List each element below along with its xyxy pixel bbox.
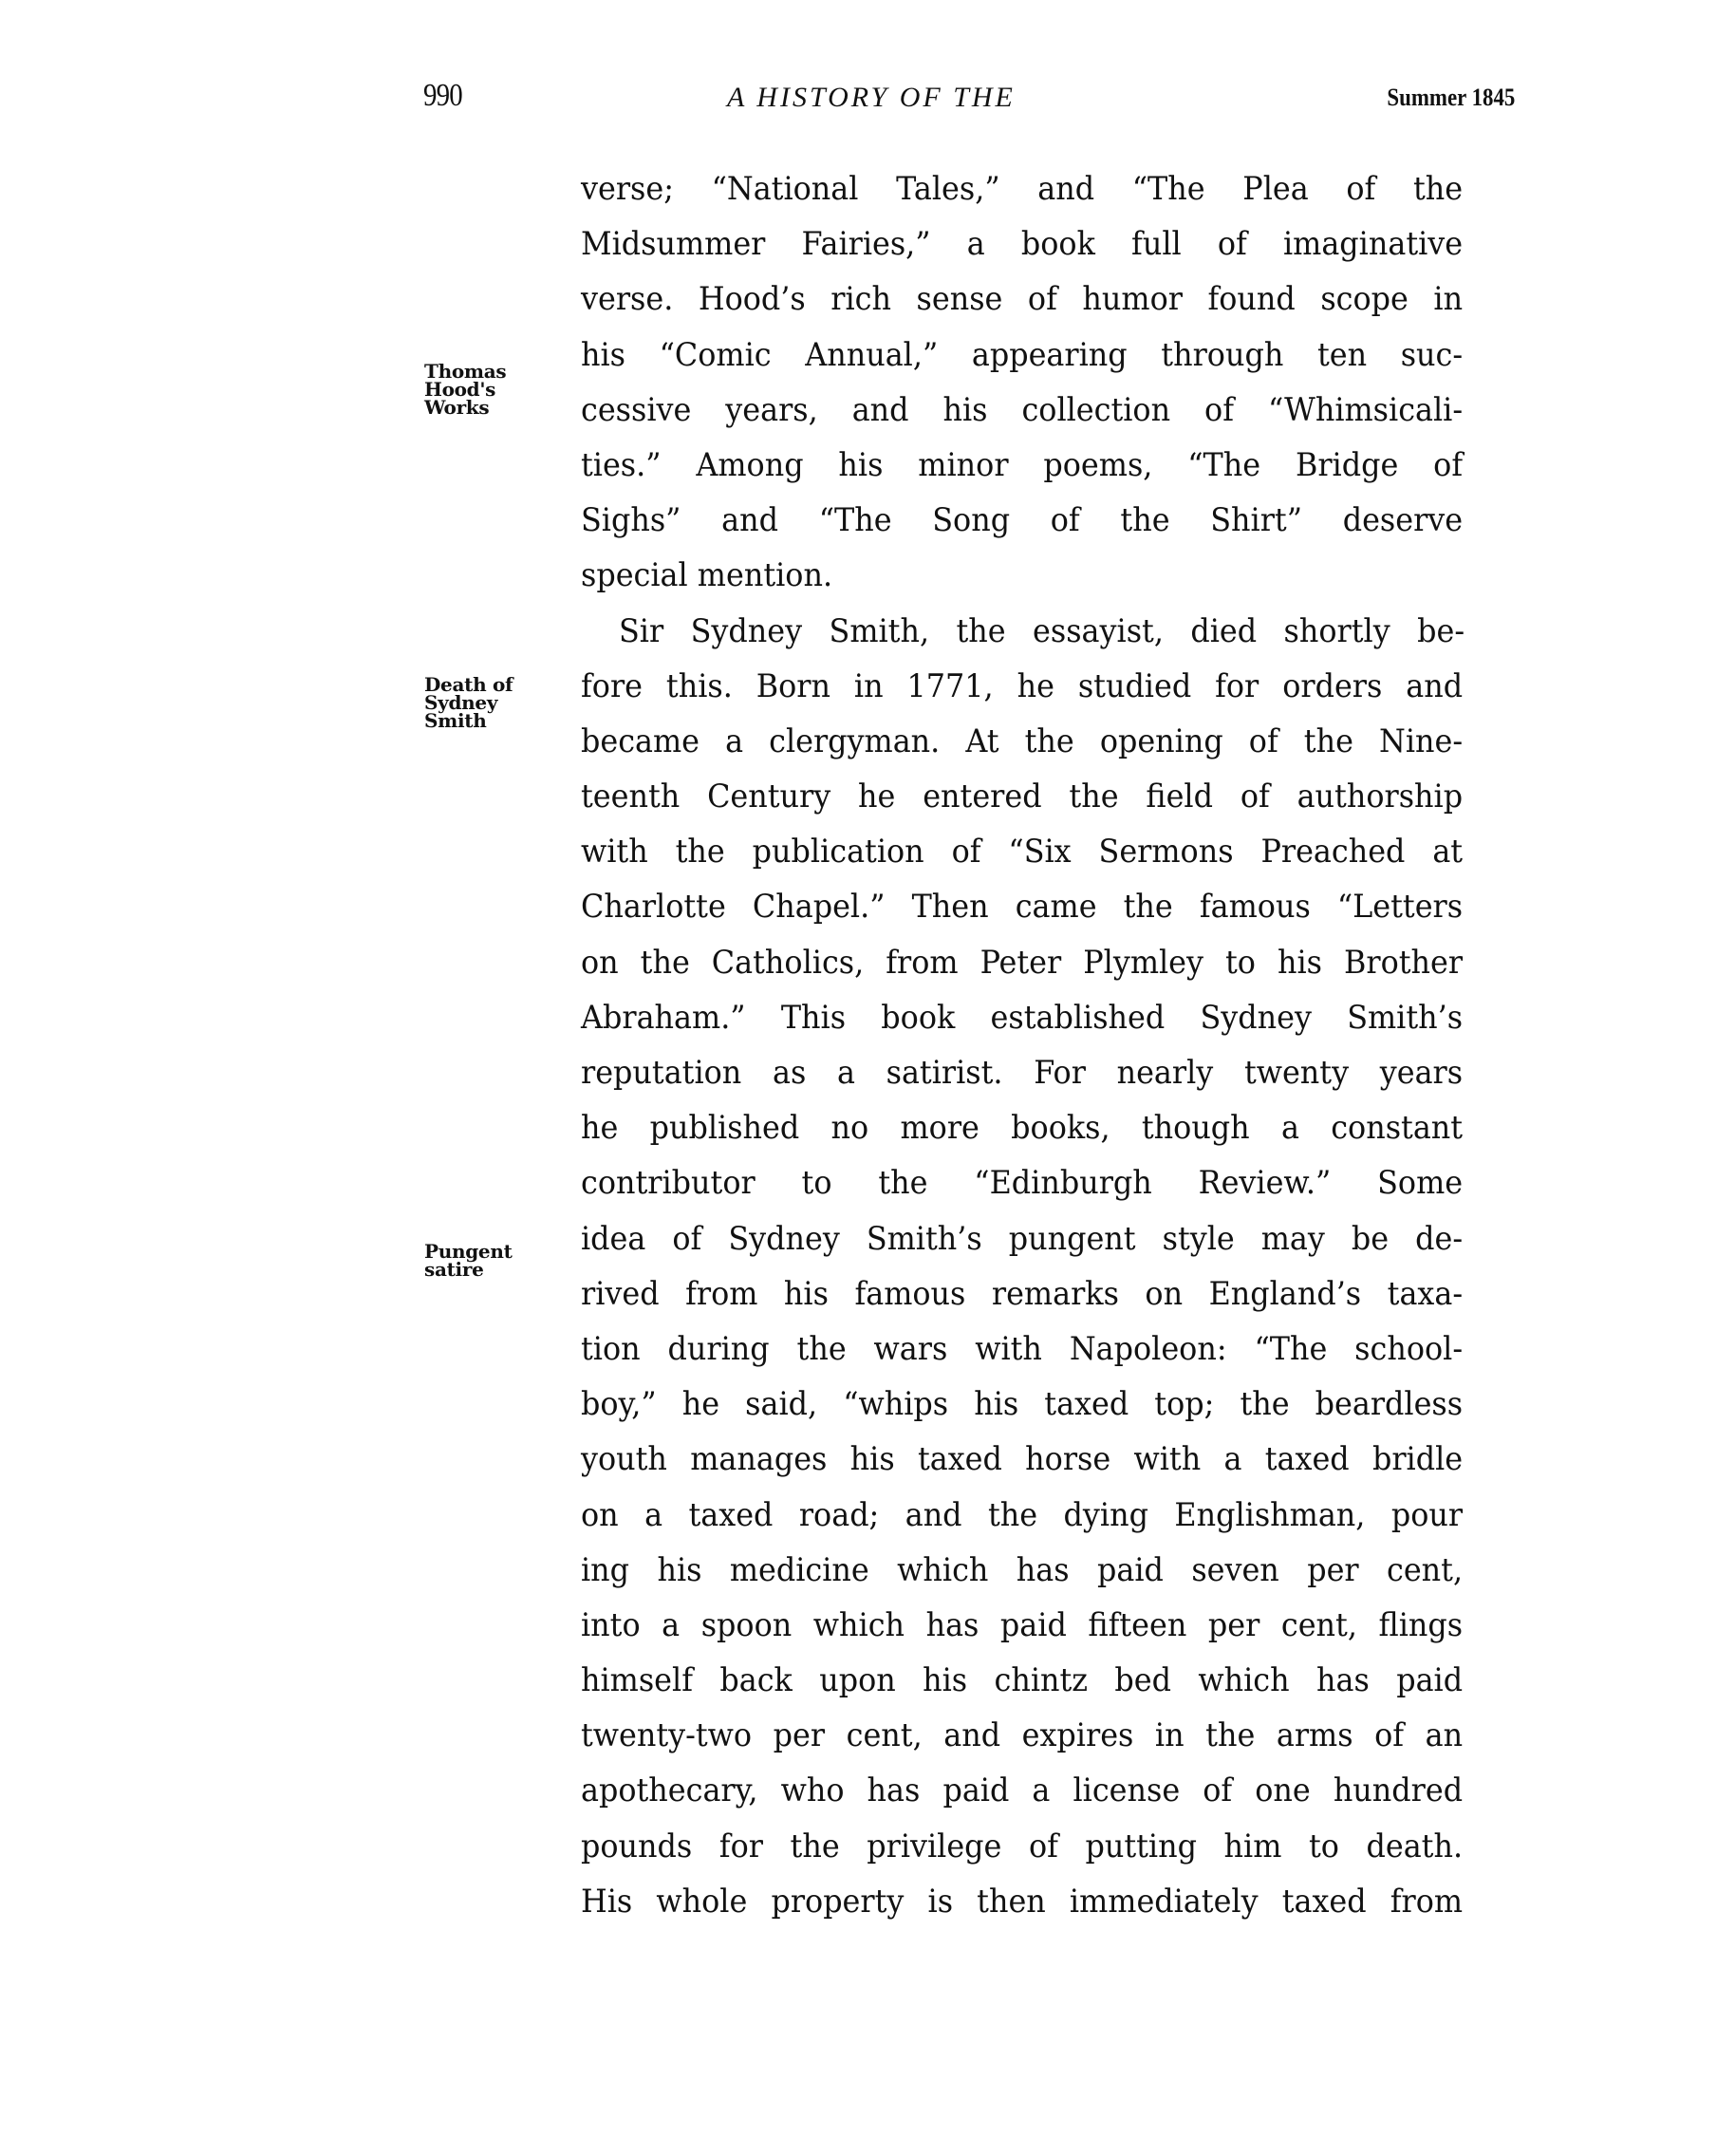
text-line: cessive years, and his collection of “Wh…: [581, 383, 1509, 438]
text-line-content: cessive years, and his collection of “Wh…: [581, 383, 1463, 438]
text-line: he published no more books, though a con…: [581, 1100, 1509, 1155]
text-line-content: on the Catholics, from Peter Plymley to …: [581, 935, 1463, 990]
text-line: Abraham.” This book established Sydney S…: [581, 990, 1509, 1045]
text-line-content: His whole property is then immediately t…: [581, 1874, 1463, 1929]
text-line: idea of Sydney Smith’s pungent style may…: [581, 1211, 1509, 1266]
text-line-content: he published no more books, though a con…: [581, 1100, 1463, 1155]
text-line: apothecary, who has paid a license of on…: [581, 1763, 1509, 1818]
text-line-content: youth manages his taxed horse with a tax…: [581, 1432, 1463, 1487]
text-line: twenty-two per cent, and expires in the …: [581, 1708, 1509, 1763]
margin-note-line: satire: [424, 1261, 513, 1279]
text-line-content: boy,” he said, “whips his taxed top; the…: [581, 1377, 1463, 1432]
text-line: ties.” Among his minor poems, “The Bridg…: [581, 438, 1509, 493]
text-line-content: fore this. Born in 1771, he studied for …: [581, 659, 1463, 714]
margin-note-line: Smith: [424, 712, 513, 730]
book-page: 990 A HISTORY OF THE Summer 1845 ThomasH…: [0, 0, 1735, 2156]
margin-note: ThomasHood'sWorks: [424, 363, 506, 417]
margin-note: Pungentsatire: [424, 1243, 513, 1279]
text-line-content: with the publication of “Six Sermons Pre…: [581, 824, 1463, 879]
margin-note: Death ofSydneySmith: [424, 676, 513, 730]
page-number: 990: [423, 78, 462, 114]
text-line: contributor to the “Edinburgh Review.” S…: [581, 1155, 1509, 1210]
text-line-content: twenty-two per cent, and expires in the …: [581, 1708, 1463, 1763]
text-line-content: his “Comic Annual,” appearing through te…: [581, 328, 1463, 383]
text-line-content: on a taxed road; and the dying Englishma…: [581, 1488, 1463, 1543]
text-line-content: verse; “National Tales,” and “The Plea o…: [581, 161, 1463, 216]
text-line: youth manages his taxed horse with a tax…: [581, 1432, 1509, 1487]
text-line: ing his medicine which has paid seven pe…: [581, 1543, 1509, 1598]
text-line: reputation as a satirist. For nearly twe…: [581, 1045, 1509, 1100]
text-line: with the publication of “Six Sermons Pre…: [581, 824, 1509, 879]
text-line-content: Abraham.” This book established Sydney S…: [581, 990, 1463, 1045]
text-line: himself back upon his chintz bed which h…: [581, 1653, 1509, 1708]
text-line: into a spoon which has paid fifteen per …: [581, 1598, 1509, 1653]
text-line: verse. Hood’s rich sense of humor found …: [581, 272, 1509, 327]
text-line: Midsummer Fairies,” a book full of imagi…: [581, 216, 1509, 272]
text-line-content: became a clergyman. At the opening of th…: [581, 714, 1463, 769]
margin-note-line: Works: [424, 399, 506, 417]
text-line: became a clergyman. At the opening of th…: [581, 714, 1509, 769]
text-line-content: ties.” Among his minor poems, “The Bridg…: [581, 438, 1463, 493]
text-line: boy,” he said, “whips his taxed top; the…: [581, 1377, 1509, 1432]
text-line-content: Midsummer Fairies,” a book full of imagi…: [581, 216, 1463, 272]
text-line-content: Sighs” and “The Song of the Shirt” deser…: [581, 493, 1463, 548]
text-line-content: into a spoon which has paid fifteen per …: [581, 1598, 1463, 1653]
text-line-content: Charlotte Chapel.” Then came the famous …: [581, 879, 1463, 934]
text-line: fore this. Born in 1771, he studied for …: [581, 659, 1509, 714]
text-line-content: tion during the wars with Napoleon: “The…: [581, 1322, 1463, 1377]
running-title: A HISTORY OF THE: [727, 82, 1016, 114]
page-header: 990 A HISTORY OF THE Summer 1845: [423, 78, 1515, 116]
text-line: Sighs” and “The Song of the Shirt” deser…: [581, 493, 1509, 548]
text-line-content: idea of Sydney Smith’s pungent style may…: [581, 1211, 1463, 1266]
header-date: Summer 1845: [1387, 84, 1515, 112]
text-line: pounds for the privilege of putting him …: [581, 1819, 1509, 1874]
text-line: rived from his famous remarks on England…: [581, 1266, 1509, 1322]
text-line: special mention.: [581, 548, 1509, 603]
text-line-content: Sir Sydney Smith, the essayist, died sho…: [619, 604, 1464, 659]
text-line: on a taxed road; and the dying Englishma…: [581, 1488, 1509, 1543]
text-line-content: teenth Century he entered the field of a…: [581, 769, 1463, 824]
text-line: tion during the wars with Napoleon: “The…: [581, 1322, 1509, 1377]
text-line: Sir Sydney Smith, the essayist, died sho…: [581, 604, 1509, 659]
text-line-content: contributor to the “Edinburgh Review.” S…: [581, 1155, 1463, 1210]
text-line: verse; “National Tales,” and “The Plea o…: [581, 161, 1509, 216]
text-line-content: special mention.: [581, 548, 1463, 603]
text-line-content: verse. Hood’s rich sense of humor found …: [581, 272, 1463, 327]
text-line-content: ing his medicine which has paid seven pe…: [581, 1543, 1463, 1598]
text-line: Charlotte Chapel.” Then came the famous …: [581, 879, 1509, 934]
text-line-content: himself back upon his chintz bed which h…: [581, 1653, 1463, 1708]
text-line: teenth Century he entered the field of a…: [581, 769, 1509, 824]
text-line: on the Catholics, from Peter Plymley to …: [581, 935, 1509, 990]
text-line-content: apothecary, who has paid a license of on…: [581, 1763, 1463, 1818]
text-line-content: reputation as a satirist. For nearly twe…: [581, 1045, 1463, 1100]
text-line-content: rived from his famous remarks on England…: [581, 1266, 1463, 1322]
text-line: his “Comic Annual,” appearing through te…: [581, 328, 1509, 383]
text-line-content: pounds for the privilege of putting him …: [581, 1819, 1463, 1874]
text-line: His whole property is then immediately t…: [581, 1874, 1509, 1929]
body-text: verse; “National Tales,” and “The Plea o…: [581, 161, 1509, 1929]
